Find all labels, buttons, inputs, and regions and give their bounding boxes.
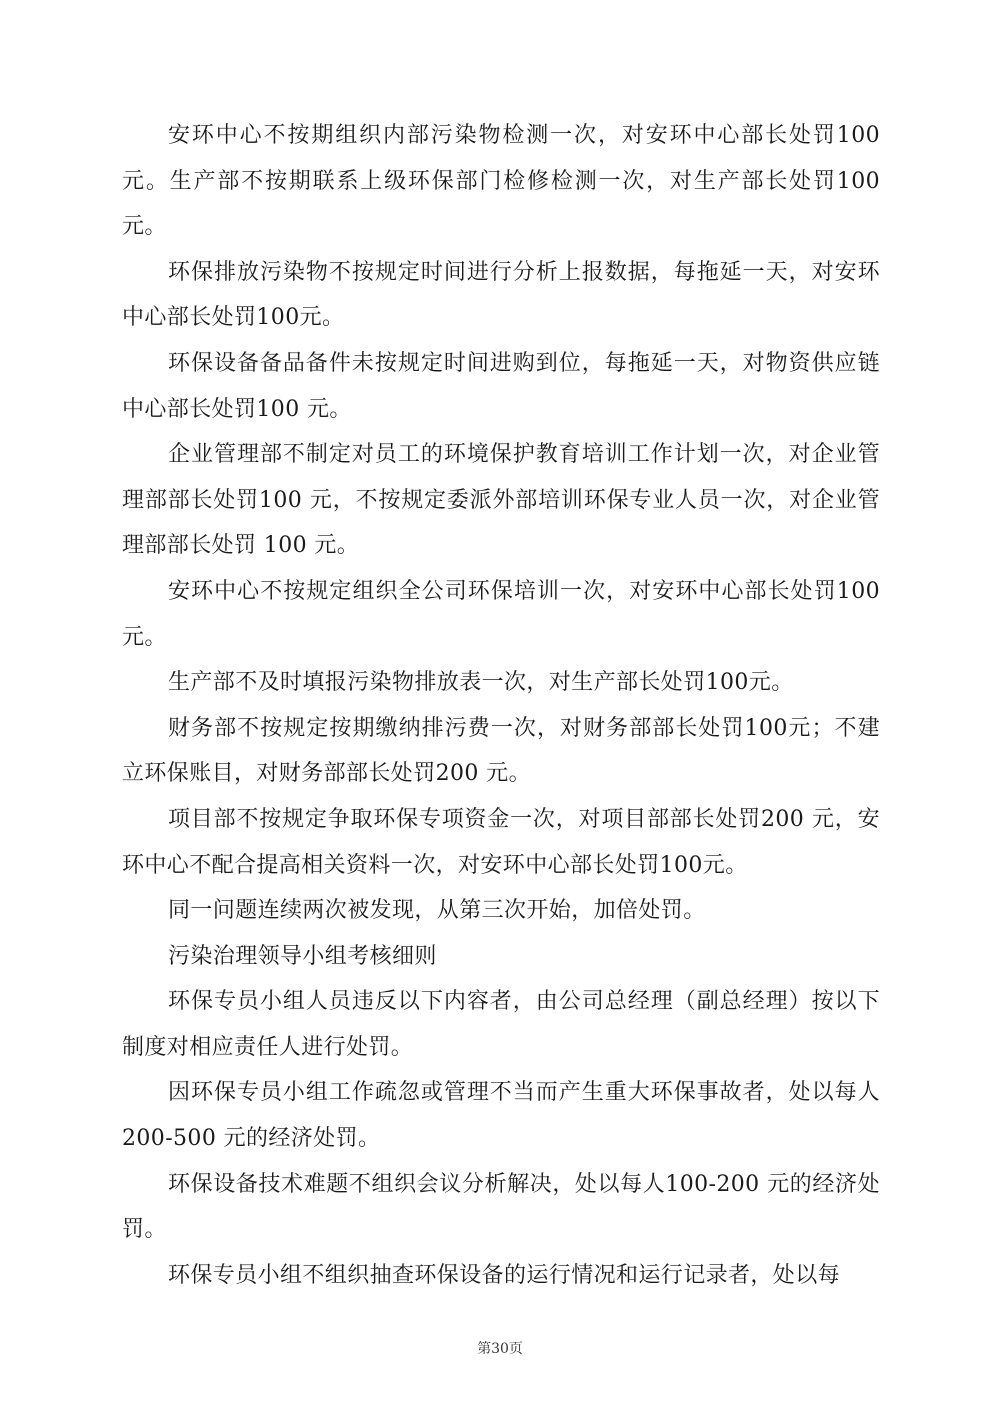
paragraph: 企业管理部不制定对员工的环境保护教育培训工作计划一次，对企业管理部部长处罚100… [122,432,880,569]
paragraph: 环保专员小组不组织抽查环保设备的运行情况和运行记录者，处以每 [122,1253,880,1299]
paragraph: 环保专员小组人员违反以下内容者，由公司总经理（副总经理）按以下制度对相应责任人进… [122,979,880,1070]
document-page: 安环中心不按期组织内部污染物检测一次，对安环中心部长处罚100元。生产部不按期联… [0,0,1000,1415]
paragraph: 同一问题连续两次被发现，从第三次开始，加倍处罚。 [122,888,880,934]
paragraph: 环保设备技术难题不组织会议分析解决，处以每人100-200 元的经济处罚。 [122,1162,880,1253]
page-number: 第30页 [0,1338,1000,1358]
document-body: 安环中心不按期组织内部污染物检测一次，对安环中心部长处罚100元。生产部不按期联… [122,113,880,1298]
paragraph: 财务部不按规定按期缴纳排污费一次，对财务部部长处罚100元；不建立环保账目，对财… [122,706,880,797]
paragraph: 项目部不按规定争取环保专项资金一次，对项目部部长处罚200 元，安环中心不配合提… [122,797,880,888]
paragraph: 因环保专员小组工作疏忽或管理不当而产生重大环保事故者，处以每人 200-500 … [122,1070,880,1161]
paragraph: 安环中心不按期组织内部污染物检测一次，对安环中心部长处罚100元。生产部不按期联… [122,113,880,250]
paragraph: 环保排放污染物不按规定时间进行分析上报数据，每拖延一天，对安环中心部长处罚100… [122,250,880,341]
paragraph: 生产部不及时填报污染物排放表一次，对生产部长处罚100元。 [122,660,880,706]
section-heading: 污染治理领导小组考核细则 [122,934,880,980]
paragraph: 安环中心不按规定组织全公司环保培训一次，对安环中心部长处罚100 元。 [122,569,880,660]
paragraph: 环保设备备品备件未按规定时间进购到位，每拖延一天，对物资供应链中心部长处罚100… [122,341,880,432]
